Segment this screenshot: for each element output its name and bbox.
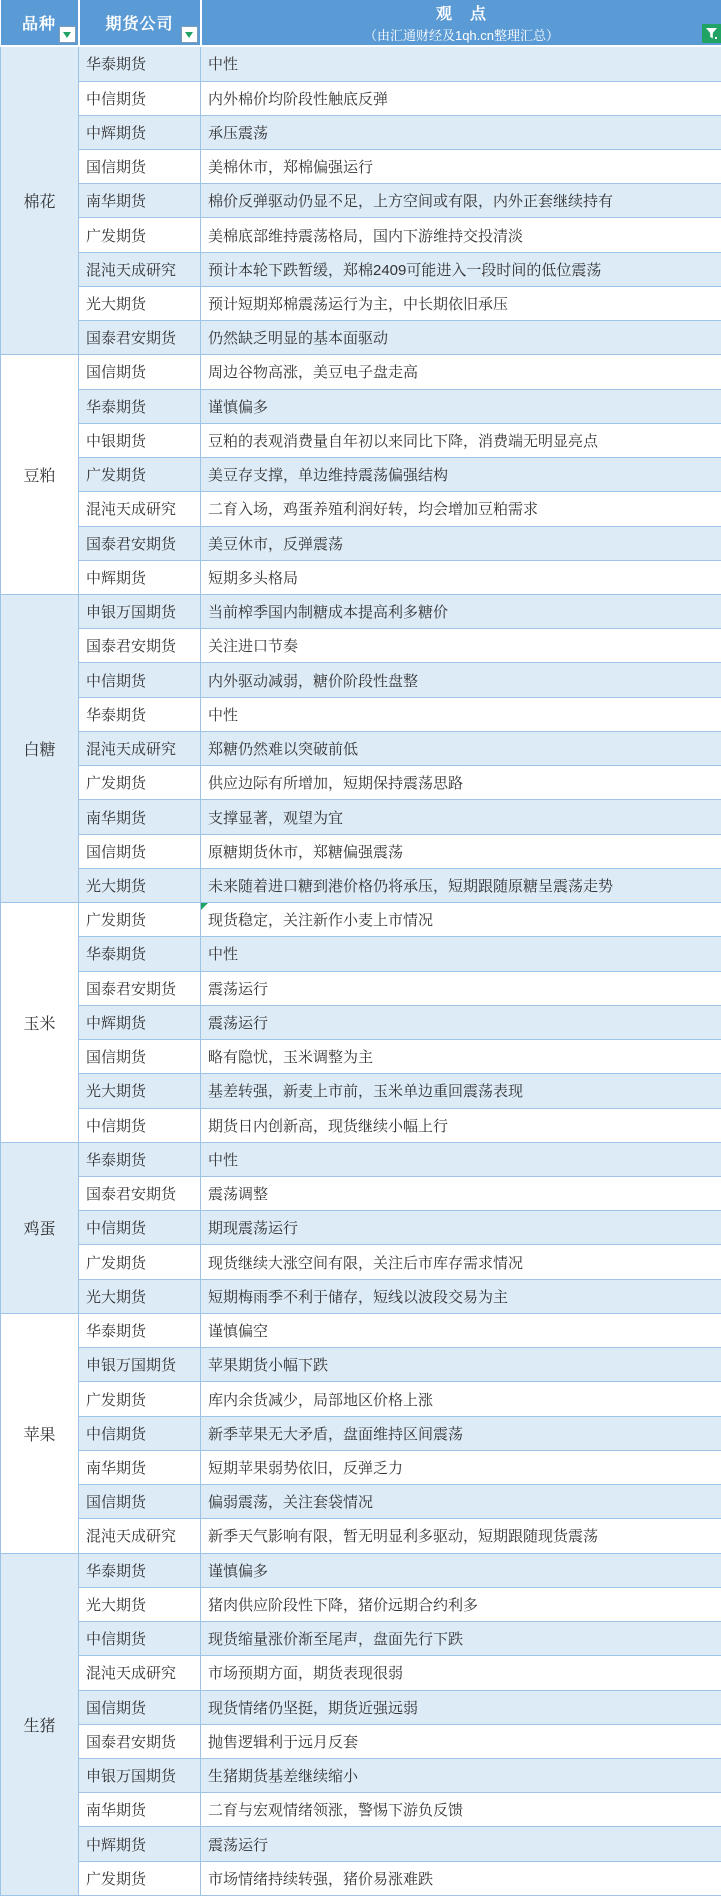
company-cell[interactable]: 混沌天成研究: [79, 1656, 201, 1690]
table-row: 广发期货美豆存支撑，单边维持震荡偏强结构: [1, 458, 721, 492]
view-cell[interactable]: 棉价反弹驱动仍显不足，上方空间或有限，内外正套继续持有: [201, 184, 721, 218]
view-text: 二育与宏观情绪领涨，警惕下游负反馈: [208, 1802, 463, 1819]
view-cell[interactable]: 苹果期货小幅下跌: [201, 1348, 721, 1382]
view-text: 猪肉供应阶段性下降，猪价远期合约利多: [208, 1597, 478, 1614]
company-cell[interactable]: 广发期货: [79, 458, 201, 492]
view-cell[interactable]: 谨慎偏空: [201, 1313, 721, 1347]
variety-cell[interactable]: 玉米: [1, 903, 79, 1143]
table-row: 混沌天成研究二育入场，鸡蛋养殖利润好转，均会增加豆粕需求: [1, 492, 721, 526]
view-text: 供应边际有所增加，短期保持震荡思路: [208, 775, 463, 792]
futures-opinions-table: 品种 期货公司 观 点 （由汇通财经及1qh.cn整理汇总）: [0, 0, 721, 1896]
company-cell[interactable]: 中信期货: [79, 1108, 201, 1142]
table-row: 光大期货猪肉供应阶段性下降，猪价远期合约利多: [1, 1587, 721, 1621]
company-cell[interactable]: 混沌天成研究: [79, 252, 201, 286]
view-text: 苹果期货小幅下跌: [208, 1357, 328, 1374]
company-cell[interactable]: 申银万国期货: [79, 1758, 201, 1792]
header-row: 品种 期货公司 观 点 （由汇通财经及1qh.cn整理汇总）: [1, 0, 721, 46]
view-text: 市场预期方面，期货表现很弱: [208, 1665, 403, 1682]
view-cell[interactable]: 现货稳定，关注新作小麦上市情况: [201, 903, 721, 937]
view-cell[interactable]: 美豆休市，反弹震荡: [201, 526, 721, 560]
company-cell[interactable]: 南华期货: [79, 184, 201, 218]
table-row: 中辉期货短期多头格局: [1, 560, 721, 594]
company-cell[interactable]: 国信期货: [79, 149, 201, 183]
view-cell[interactable]: 现货继续大涨空间有限，关注后市库存需求情况: [201, 1245, 721, 1279]
company-cell[interactable]: 国泰君安期货: [79, 1177, 201, 1211]
view-text: 内外驱动减弱，糖价阶段性盘整: [208, 673, 418, 690]
view-text: 震荡调整: [208, 1186, 268, 1203]
opinion-table-body: 棉花华泰期货中性中信期货内外棉价均阶段性触底反弹中辉期货承压震荡国信期货美棉休市…: [1, 46, 721, 1896]
company-cell[interactable]: 中辉期货: [79, 560, 201, 594]
view-cell[interactable]: 市场预期方面，期货表现很弱: [201, 1656, 721, 1690]
view-text: 短期多头格局: [208, 570, 298, 587]
view-text: 预计短期郑棉震荡运行为主，中长期依旧承压: [208, 296, 508, 313]
table-row: 广发期货供应边际有所增加，短期保持震荡思路: [1, 766, 721, 800]
view-cell[interactable]: 短期梅雨季不利于储存，短线以波段交易为主: [201, 1279, 721, 1313]
view-text: 内外棉价均阶段性触底反弹: [208, 91, 388, 108]
view-text: 美豆休市，反弹震荡: [208, 536, 343, 553]
view-cell[interactable]: 预计本轮下跌暂缓，郑棉2409可能进入一段时间的低位震荡: [201, 252, 721, 286]
variety-cell[interactable]: 鸡蛋: [1, 1142, 79, 1313]
table-row: 生猪华泰期货谨慎偏多: [1, 1553, 721, 1587]
view-cell[interactable]: 美棉休市，郑棉偏强运行: [201, 149, 721, 183]
variety-header-label: 品种: [22, 16, 56, 33]
variety-header-cell[interactable]: 品种: [1, 0, 79, 46]
table-row: 国信期货现货情绪仍坚挺，期货近强远弱: [1, 1690, 721, 1724]
view-cell[interactable]: 关注进口节奏: [201, 629, 721, 663]
view-cell[interactable]: 豆粕的表观消费量自年初以来同比下降，消费端无明显亮点: [201, 423, 721, 457]
table-row: 中信期货现货缩量涨价渐至尾声，盘面先行下跌: [1, 1622, 721, 1656]
table-row: 国泰君安期货震荡调整: [1, 1177, 721, 1211]
view-filter-funnel-button[interactable]: [702, 24, 721, 43]
view-cell[interactable]: 支撑显著，观望为宜: [201, 800, 721, 834]
view-text: 仍然缺乏明显的基本面驱动: [208, 330, 388, 347]
company-cell[interactable]: 光大期货: [79, 1279, 201, 1313]
view-text: 预计本轮下跌暂缓，郑棉2409可能进入一段时间的低位震荡: [208, 262, 601, 279]
view-text: 谨慎偏多: [208, 1563, 268, 1580]
view-cell[interactable]: 略有隐忧，玉米调整为主: [201, 1040, 721, 1074]
view-text: 期货日内创新高，现货继续小幅上行: [208, 1118, 448, 1135]
view-cell[interactable]: 内外驱动减弱，糖价阶段性盘整: [201, 663, 721, 697]
variety-cell[interactable]: 白糖: [1, 595, 79, 903]
view-header-subtitle: （由汇通财经及1qh.cn整理汇总）: [202, 25, 721, 44]
view-text: 库内余货减少，局部地区价格上涨: [208, 1392, 433, 1409]
view-text: 现货继续大涨空间有限，关注后市库存需求情况: [208, 1255, 523, 1272]
table-row: 广发期货库内余货减少，局部地区价格上涨: [1, 1382, 721, 1416]
company-cell[interactable]: 光大期货: [79, 1074, 201, 1108]
view-text: 美豆存支撑，单边维持震荡偏强结构: [208, 467, 448, 484]
table-row: 国泰君安期货仍然缺乏明显的基本面驱动: [1, 321, 721, 355]
view-text: 美棉底部维持震荡格局，国内下游维持交投清淡: [208, 228, 523, 245]
view-text: 震荡运行: [208, 1837, 268, 1854]
table-row: 中银期货豆粕的表观消费量自年初以来同比下降，消费端无明显亮点: [1, 423, 721, 457]
company-header-cell[interactable]: 期货公司: [79, 0, 201, 46]
view-text: 期现震荡运行: [208, 1220, 298, 1237]
view-cell[interactable]: 郑糖仍然难以突破前低: [201, 731, 721, 765]
company-cell[interactable]: 光大期货: [79, 286, 201, 320]
table-row: 国泰君安期货关注进口节奏: [1, 629, 721, 663]
company-cell[interactable]: 申银万国期货: [79, 1348, 201, 1382]
view-cell[interactable]: 内外棉价均阶段性触底反弹: [201, 81, 721, 115]
table-row: 国信期货美棉休市，郑棉偏强运行: [1, 149, 721, 183]
view-text: 郑糖仍然难以突破前低: [208, 741, 358, 758]
view-cell[interactable]: 偏弱震荡，关注套袋情况: [201, 1485, 721, 1519]
company-cell[interactable]: 中银期货: [79, 423, 201, 457]
view-header-title: 观 点: [202, 1, 721, 24]
table-row: 混沌天成研究市场预期方面，期货表现很弱: [1, 1656, 721, 1690]
table-row: 南华期货支撑显著，观望为宜: [1, 800, 721, 834]
view-cell[interactable]: 生猪期货基差继续缩小: [201, 1758, 721, 1792]
table-row: 中信期货期现震荡运行: [1, 1211, 721, 1245]
company-cell[interactable]: 光大期货: [79, 868, 201, 902]
company-cell[interactable]: 南华期货: [79, 1450, 201, 1484]
table-row: 苹果华泰期货谨慎偏空: [1, 1313, 721, 1347]
table-row: 光大期货短期梅雨季不利于储存，短线以波段交易为主: [1, 1279, 721, 1313]
view-text: 二育入场，鸡蛋养殖利润好转，均会增加豆粕需求: [208, 501, 538, 518]
table-row: 南华期货短期苹果弱势依旧，反弹乏力: [1, 1450, 721, 1484]
table-row: 国信期货原糖期货休市，郑糖偏强震荡: [1, 834, 721, 868]
view-text: 抛售逻辑利于远月反套: [208, 1734, 358, 1751]
view-cell[interactable]: 基差转强，新麦上市前，玉米单边重回震荡表现: [201, 1074, 721, 1108]
view-cell[interactable]: 仍然缺乏明显的基本面驱动: [201, 321, 721, 355]
company-cell[interactable]: 中辉期货: [79, 1005, 201, 1039]
view-text: 中性: [208, 707, 238, 724]
company-cell[interactable]: 南华期货: [79, 1793, 201, 1827]
view-cell[interactable]: 震荡运行: [201, 971, 721, 1005]
company-cell[interactable]: 广发期货: [79, 766, 201, 800]
variety-cell[interactable]: 豆粕: [1, 355, 79, 595]
company-cell[interactable]: 华泰期货: [79, 697, 201, 731]
table-row: 中信期货新季苹果无大矛盾，盘面维持区间震荡: [1, 1416, 721, 1450]
view-header-cell[interactable]: 观 点 （由汇通财经及1qh.cn整理汇总）: [201, 0, 721, 46]
company-cell[interactable]: 国泰君安期货: [79, 971, 201, 1005]
view-cell[interactable]: 中性: [201, 937, 721, 971]
company-cell[interactable]: 申银万国期货: [79, 595, 201, 629]
dropdown-arrow-icon: [63, 32, 71, 38]
view-text: 市场情绪持续转强，猪价易涨难跌: [208, 1871, 433, 1888]
company-cell[interactable]: 中信期货: [79, 1416, 201, 1450]
company-filter-dropdown-button[interactable]: [181, 26, 198, 43]
view-cell[interactable]: 谨慎偏多: [201, 1553, 721, 1587]
view-text: 中性: [208, 56, 238, 73]
table-row: 光大期货基差转强，新麦上市前，玉米单边重回震荡表现: [1, 1074, 721, 1108]
view-cell[interactable]: 当前榨季国内制糖成本提高利多糖价: [201, 595, 721, 629]
table-row: 混沌天成研究郑糖仍然难以突破前低: [1, 731, 721, 765]
company-header-label: 期货公司: [105, 16, 173, 33]
view-cell[interactable]: 承压震荡: [201, 115, 721, 149]
view-cell[interactable]: 二育入场，鸡蛋养殖利润好转，均会增加豆粕需求: [201, 492, 721, 526]
view-text: 偏弱震荡，关注套袋情况: [208, 1494, 373, 1511]
table-row: 鸡蛋华泰期货中性: [1, 1142, 721, 1176]
view-cell[interactable]: 新季苹果无大矛盾，盘面维持区间震荡: [201, 1416, 721, 1450]
variety-cell[interactable]: 苹果: [1, 1313, 79, 1553]
company-cell[interactable]: 国信期货: [79, 834, 201, 868]
view-text: 生猪期货基差继续缩小: [208, 1768, 358, 1785]
company-cell[interactable]: 华泰期货: [79, 46, 201, 81]
view-text: 现货情绪仍坚挺，期货近强远弱: [208, 1700, 418, 1717]
company-cell[interactable]: 国泰君安期货: [79, 1724, 201, 1758]
view-cell[interactable]: 供应边际有所增加，短期保持震荡思路: [201, 766, 721, 800]
company-cell[interactable]: 广发期货: [79, 1245, 201, 1279]
company-cell[interactable]: 南华期货: [79, 800, 201, 834]
view-cell[interactable]: 猪肉供应阶段性下降，猪价远期合约利多: [201, 1587, 721, 1621]
table-row: 国信期货略有隐忧，玉米调整为主: [1, 1040, 721, 1074]
view-cell[interactable]: 短期苹果弱势依旧，反弹乏力: [201, 1450, 721, 1484]
view-cell[interactable]: 期货日内创新高，现货继续小幅上行: [201, 1108, 721, 1142]
view-text: 美棉休市，郑棉偏强运行: [208, 159, 373, 176]
company-cell[interactable]: 混沌天成研究: [79, 1519, 201, 1553]
table-row: 华泰期货中性: [1, 697, 721, 731]
company-cell[interactable]: 混沌天成研究: [79, 731, 201, 765]
table-row: 华泰期货中性: [1, 937, 721, 971]
company-cell[interactable]: 广发期货: [79, 1382, 201, 1416]
view-cell[interactable]: 库内余货减少，局部地区价格上涨: [201, 1382, 721, 1416]
variety-cell[interactable]: 生猪: [1, 1553, 79, 1895]
view-text: 谨慎偏多: [208, 399, 268, 416]
company-cell[interactable]: 国泰君安期货: [79, 321, 201, 355]
view-cell[interactable]: 市场情绪持续转强，猪价易涨难跌: [201, 1861, 721, 1895]
view-cell[interactable]: 中性: [201, 697, 721, 731]
view-cell[interactable]: 现货缩量涨价渐至尾声，盘面先行下跌: [201, 1622, 721, 1656]
table-row: 广发期货市场情绪持续转强，猪价易涨难跌: [1, 1861, 721, 1895]
view-text: 现货缩量涨价渐至尾声，盘面先行下跌: [208, 1631, 463, 1648]
view-text: 中性: [208, 946, 238, 963]
view-cell[interactable]: 短期多头格局: [201, 560, 721, 594]
view-cell[interactable]: 中性: [201, 46, 721, 81]
view-text: 未来随着进口糖到港价格仍将承压，短期跟随原糖呈震荡走势: [208, 878, 613, 895]
view-cell[interactable]: 二育与宏观情绪领涨，警惕下游负反馈: [201, 1793, 721, 1827]
view-cell[interactable]: 周边谷物高涨，美豆电子盘走高: [201, 355, 721, 389]
table-row: 申银万国期货生猪期货基差继续缩小: [1, 1758, 721, 1792]
table-row: 中辉期货震荡运行: [1, 1827, 721, 1861]
table-row: 棉花华泰期货中性: [1, 46, 721, 81]
view-cell[interactable]: 抛售逻辑利于远月反套: [201, 1724, 721, 1758]
view-cell[interactable]: 美豆存支撑，单边维持震荡偏强结构: [201, 458, 721, 492]
table-row: 豆粕国信期货周边谷物高涨，美豆电子盘走高: [1, 355, 721, 389]
view-cell[interactable]: 期现震荡运行: [201, 1211, 721, 1245]
view-text: 原糖期货休市，郑糖偏强震荡: [208, 844, 403, 861]
company-cell[interactable]: 广发期货: [79, 1861, 201, 1895]
view-text: 略有隐忧，玉米调整为主: [208, 1049, 373, 1066]
table-row: 广发期货美棉底部维持震荡格局，国内下游维持交投清淡: [1, 218, 721, 252]
view-text: 现货稳定，关注新作小麦上市情况: [208, 912, 433, 929]
view-text: 短期梅雨季不利于储存，短线以波段交易为主: [208, 1289, 508, 1306]
view-text: 关注进口节奏: [208, 638, 298, 655]
view-cell[interactable]: 原糖期货休市，郑糖偏强震荡: [201, 834, 721, 868]
table-row: 国泰君安期货震荡运行: [1, 971, 721, 1005]
table-row: 广发期货现货继续大涨空间有限，关注后市库存需求情况: [1, 1245, 721, 1279]
table-row: 国信期货偏弱震荡，关注套袋情况: [1, 1485, 721, 1519]
table-row: 光大期货未来随着进口糖到港价格仍将承压，短期跟随原糖呈震荡走势: [1, 868, 721, 902]
view-text: 当前榨季国内制糖成本提高利多糖价: [208, 604, 448, 621]
company-cell[interactable]: 国信期货: [79, 1690, 201, 1724]
company-cell[interactable]: 广发期货: [79, 903, 201, 937]
view-text: 震荡运行: [208, 981, 268, 998]
variety-cell[interactable]: 棉花: [1, 46, 79, 355]
table-row: 申银万国期货苹果期货小幅下跌: [1, 1348, 721, 1382]
view-cell[interactable]: 震荡运行: [201, 1827, 721, 1861]
company-cell[interactable]: 中辉期货: [79, 1827, 201, 1861]
view-cell[interactable]: 震荡调整: [201, 1177, 721, 1211]
view-cell[interactable]: 预计短期郑棉震荡运行为主，中长期依旧承压: [201, 286, 721, 320]
note-marker-icon: [201, 903, 208, 910]
table-row: 南华期货棉价反弹驱动仍显不足，上方空间或有限，内外正套继续持有: [1, 184, 721, 218]
table-row: 光大期货预计短期郑棉震荡运行为主，中长期依旧承压: [1, 286, 721, 320]
view-text: 支撑显著，观望为宜: [208, 810, 343, 827]
table-row: 国泰君安期货抛售逻辑利于远月反套: [1, 1724, 721, 1758]
view-text: 中性: [208, 1152, 238, 1169]
view-text: 新季苹果无大矛盾，盘面维持区间震荡: [208, 1426, 463, 1443]
table-row: 南华期货二育与宏观情绪领涨，警惕下游负反馈: [1, 1793, 721, 1827]
view-text: 豆粕的表观消费量自年初以来同比下降，消费端无明显亮点: [208, 433, 598, 450]
view-text: 棉价反弹驱动仍显不足，上方空间或有限，内外正套继续持有: [208, 193, 613, 210]
company-cell[interactable]: 光大期货: [79, 1587, 201, 1621]
company-cell[interactable]: 华泰期货: [79, 937, 201, 971]
company-cell[interactable]: 中信期货: [79, 1622, 201, 1656]
view-text: 震荡运行: [208, 1015, 268, 1032]
company-cell[interactable]: 华泰期货: [79, 1553, 201, 1587]
view-cell[interactable]: 谨慎偏多: [201, 389, 721, 423]
company-cell[interactable]: 华泰期货: [79, 1142, 201, 1176]
view-text: 承压震荡: [208, 125, 268, 142]
table-row: 中信期货内外驱动减弱，糖价阶段性盘整: [1, 663, 721, 697]
view-text: 谨慎偏空: [208, 1323, 268, 1340]
dropdown-arrow-icon: [185, 32, 193, 38]
company-cell[interactable]: 广发期货: [79, 218, 201, 252]
view-cell[interactable]: 现货情绪仍坚挺，期货近强远弱: [201, 1690, 721, 1724]
view-text: 新季天气影响有限，暂无明显利多驱动，短期跟随现货震荡: [208, 1528, 598, 1545]
table-header: 品种 期货公司 观 点 （由汇通财经及1qh.cn整理汇总）: [1, 0, 721, 46]
company-cell[interactable]: 中信期货: [79, 1211, 201, 1245]
company-cell[interactable]: 华泰期货: [79, 389, 201, 423]
table-row: 白糖申银万国期货当前榨季国内制糖成本提高利多糖价: [1, 595, 721, 629]
company-cell[interactable]: 国泰君安期货: [79, 526, 201, 560]
view-cell[interactable]: 中性: [201, 1142, 721, 1176]
view-text: 周边谷物高涨，美豆电子盘走高: [208, 364, 418, 381]
funnel-icon: [705, 27, 718, 40]
company-cell[interactable]: 国信期货: [79, 1485, 201, 1519]
view-cell[interactable]: 美棉底部维持震荡格局，国内下游维持交投清淡: [201, 218, 721, 252]
table-row: 混沌天成研究预计本轮下跌暂缓，郑棉2409可能进入一段时间的低位震荡: [1, 252, 721, 286]
table-row: 中辉期货承压震荡: [1, 115, 721, 149]
view-text: 短期苹果弱势依旧，反弹乏力: [208, 1460, 403, 1477]
company-cell[interactable]: 中信期货: [79, 663, 201, 697]
company-cell[interactable]: 国泰君安期货: [79, 629, 201, 663]
table-row: 中信期货内外棉价均阶段性触底反弹: [1, 81, 721, 115]
company-cell[interactable]: 中信期货: [79, 81, 201, 115]
table-row: 中信期货期货日内创新高，现货继续小幅上行: [1, 1108, 721, 1142]
view-text: 基差转强，新麦上市前，玉米单边重回震荡表现: [208, 1083, 523, 1100]
company-cell[interactable]: 国信期货: [79, 1040, 201, 1074]
variety-filter-dropdown-button[interactable]: [59, 26, 76, 43]
table-row: 国泰君安期货美豆休市，反弹震荡: [1, 526, 721, 560]
view-cell[interactable]: 新季天气影响有限，暂无明显利多驱动，短期跟随现货震荡: [201, 1519, 721, 1553]
table-row: 华泰期货谨慎偏多: [1, 389, 721, 423]
company-cell[interactable]: 混沌天成研究: [79, 492, 201, 526]
table-row: 混沌天成研究新季天气影响有限，暂无明显利多驱动，短期跟随现货震荡: [1, 1519, 721, 1553]
company-cell[interactable]: 中辉期货: [79, 115, 201, 149]
table-row: 中辉期货震荡运行: [1, 1005, 721, 1039]
view-cell[interactable]: 未来随着进口糖到港价格仍将承压，短期跟随原糖呈震荡走势: [201, 868, 721, 902]
table-row: 玉米广发期货现货稳定，关注新作小麦上市情况: [1, 903, 721, 937]
company-cell[interactable]: 国信期货: [79, 355, 201, 389]
company-cell[interactable]: 华泰期货: [79, 1313, 201, 1347]
view-cell[interactable]: 震荡运行: [201, 1005, 721, 1039]
